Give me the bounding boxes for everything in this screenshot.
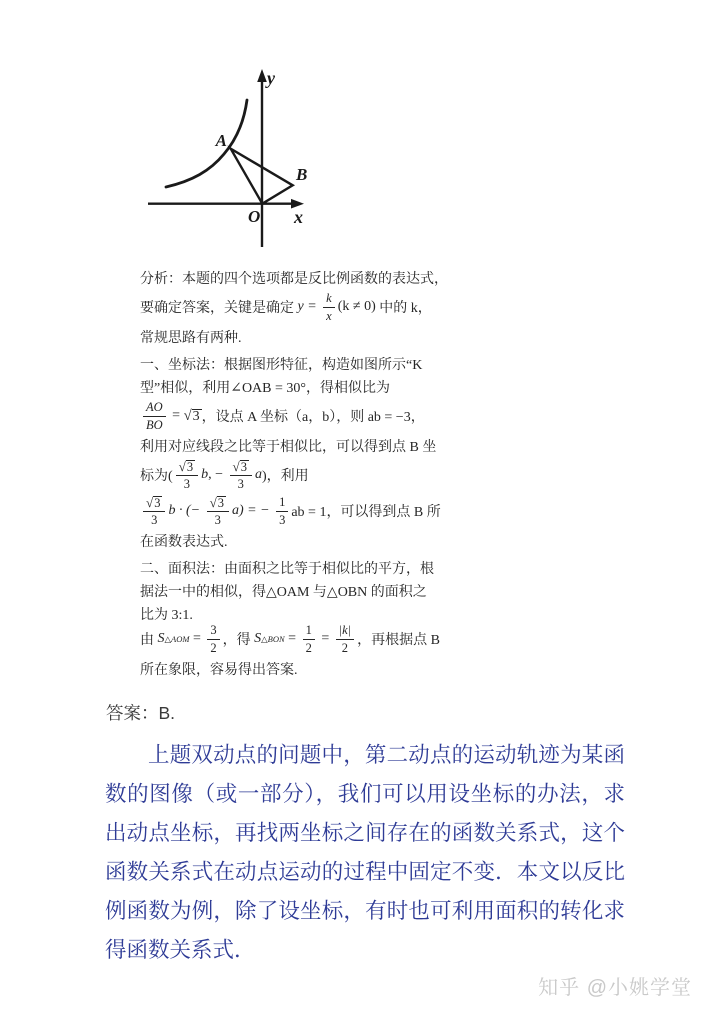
text-run: (k ≠ 0): [338, 299, 376, 315]
fraction-numerator: k: [323, 292, 335, 308]
area-formula-line-1: 由 S△AOM = 32，得 S△BON = 12 = |k|2，再根据点 B: [140, 621, 470, 657]
math-var: a: [255, 467, 262, 483]
method1-line-4: 利用对应线段之比等于相似比，可以得到点 B 坐: [140, 434, 470, 457]
radical-sign: √: [233, 460, 240, 473]
analysis-line-3: 常规思路有两种.: [140, 325, 470, 348]
fraction-numerator: √3: [176, 460, 198, 477]
hyperbola-curve: [166, 100, 247, 187]
area-formula-paragraph: 由 S△AOM = 32，得 S△BON = 12 = |k|2，再根据点 B …: [140, 621, 470, 680]
text-run: 二、面积法：由面积之比等于相似比的平方，根: [140, 558, 434, 578]
fraction-ao-over-bo: AOBO: [143, 401, 166, 431]
method1-line-2: 型”相似，利用∠OAB = 30°，得相似比为: [140, 375, 470, 398]
text-run: , −: [208, 467, 226, 483]
text-run: =: [169, 408, 184, 424]
fraction-denominator: 3: [238, 476, 244, 491]
fraction-denominator: 3: [151, 512, 157, 527]
subscript-bon: △BON: [261, 634, 285, 645]
text-run: 一、坐标法：根据图形特征，构造如图所示“K: [140, 354, 422, 374]
math-run: a) = −: [232, 503, 273, 519]
method2-line-1: 二、面积法：由面积之比等于相似比的平方，根: [140, 556, 470, 579]
fraction-k-over-x: kx: [323, 292, 335, 322]
math-var: S: [254, 631, 261, 647]
fraction-denominator: 3: [279, 512, 285, 527]
area-formula-line-2: 所在象限，容易得出答案.: [140, 657, 470, 680]
hyperbola-figure: y x O A B: [146, 62, 318, 254]
radical-sign: √: [146, 496, 153, 509]
text-run: )，利用: [262, 465, 309, 485]
fraction-denominator: 2: [210, 640, 216, 655]
text-run: 由: [140, 629, 158, 649]
fraction-numerator: √3: [143, 496, 165, 513]
text-run: ，得: [223, 629, 255, 649]
commentary-paragraph: 上题双动点的问题中，第二动点的运动轨迹为某函数的图像（或一部分），我们可以用设坐…: [105, 736, 625, 970]
fraction-numerator: 1: [276, 496, 288, 512]
text-run: 利用对应线段之比等于相似比，可以得到点 B 坐: [140, 436, 436, 456]
text-run: 标为(: [140, 465, 173, 485]
method1-line-3: AOBO = √3，设点 A 坐标（a，b），则 ab = −3，: [140, 398, 470, 434]
radical-sign: √: [184, 409, 192, 424]
text-run: 据法一中的相似，得△OAM 与△OBN 的面积之: [140, 581, 427, 601]
method2-paragraph: 二、面积法：由面积之比等于相似比的平方，根 据法一中的相似，得△OAM 与△OB…: [140, 556, 470, 625]
radical-sign: √: [210, 496, 217, 509]
label-x: x: [293, 207, 303, 227]
math-var: b: [201, 467, 208, 483]
fraction-numerator: 3: [207, 624, 219, 640]
text-run: =: [189, 631, 204, 647]
fraction-numerator: |k|: [336, 624, 354, 640]
radicand: 3: [217, 496, 226, 510]
radicand: 3: [153, 496, 162, 510]
y-axis-arrow-icon: [257, 69, 267, 82]
sqrt-3: √3: [146, 496, 162, 510]
sqrt-3: √3: [184, 409, 202, 424]
fraction-numerator: AO: [143, 401, 166, 417]
sqrt-3: √3: [210, 496, 226, 510]
text-run: =: [318, 631, 333, 647]
text-run: ，设点 A 坐标（a，b），则 ab = −3，: [202, 406, 425, 426]
method1-line-1: 一、坐标法：根据图形特征，构造如图所示“K: [140, 352, 470, 375]
text-run: ab = 1，可以得到点 B 所: [291, 501, 440, 521]
fraction-absk-over-2: |k|2: [336, 624, 354, 654]
fraction-denominator: 3: [215, 512, 221, 527]
analysis-line-1: 分析：本题的四个选项都是反比例函数的表达式，: [140, 266, 470, 289]
label-y: y: [265, 68, 276, 88]
fraction-sqrt3-over-3: √33: [143, 496, 165, 527]
text-run: 要确定答案，关键是确定: [140, 297, 298, 317]
fraction-numerator: √3: [207, 496, 229, 513]
fraction-sqrt3-over-3: √33: [176, 460, 198, 491]
answer-text: 答案：B.: [106, 700, 175, 725]
math-run: b · (−: [168, 503, 203, 519]
radicand: 3: [240, 460, 249, 474]
text-run: =: [285, 631, 300, 647]
fraction-numerator: 1: [303, 624, 315, 640]
fraction-1-over-3: 13: [276, 496, 288, 526]
sqrt-3: √3: [179, 460, 195, 474]
zhihu-watermark: 知乎 @小姚学堂: [538, 971, 692, 1000]
method1-line-6: √33b · (− √33a) = − 13ab = 1，可以得到点 B 所: [140, 493, 470, 529]
text-run: 所在象限，容易得出答案.: [140, 659, 298, 679]
radicand: 3: [192, 409, 202, 424]
fraction-denominator: 3: [184, 476, 190, 491]
method2-line-2: 据法一中的相似，得△OAM 与△OBN 的面积之: [140, 579, 470, 602]
fraction-1-over-2: 12: [303, 624, 315, 654]
fraction-denominator: 2: [306, 640, 312, 655]
method1-paragraph: 一、坐标法：根据图形特征，构造如图所示“K 型”相似，利用∠OAB = 30°，…: [140, 352, 470, 552]
radical-sign: √: [179, 460, 186, 473]
analysis-paragraph: 分析：本题的四个选项都是反比例函数的表达式， 要确定答案，关键是确定 y = k…: [140, 266, 470, 348]
math-var: y =: [298, 299, 321, 315]
fraction-sqrt3-over-3: √33: [207, 496, 229, 527]
sqrt-3: √3: [233, 460, 249, 474]
math-var: S: [158, 631, 165, 647]
method1-line-5: 标为(√33b, − √33a)，利用: [140, 457, 470, 493]
analysis-line-2: 要确定答案，关键是确定 y = kx(k ≠ 0) 中的 k，: [140, 289, 470, 325]
text-run: ，再根据点 B: [357, 629, 440, 649]
label-b: B: [295, 165, 307, 184]
fraction-numerator: √3: [230, 460, 252, 477]
text-run: 型”相似，利用∠OAB = 30°，得相似比为: [140, 377, 390, 397]
fraction-sqrt3-over-3: √33: [230, 460, 252, 491]
fraction-denominator: BO: [146, 417, 163, 432]
document-page: y x O A B 分析：本题的四个选项都是反比例函数的表达式， 要确定答案，关…: [0, 0, 720, 1019]
text-run: 在函数表达式.: [140, 531, 228, 551]
text-run: 中的 k，: [376, 297, 432, 317]
text-run: 常规思路有两种.: [140, 327, 242, 347]
fraction-denominator: 2: [342, 640, 348, 655]
fraction-denominator: x: [326, 308, 332, 323]
label-o: O: [248, 207, 260, 226]
label-a: A: [215, 131, 227, 150]
method1-line-7: 在函数表达式.: [140, 529, 470, 552]
text-run: 分析：本题的四个选项都是反比例函数的表达式，: [140, 268, 448, 288]
subscript-aom: △AOM: [165, 634, 190, 645]
fraction-3-over-2: 32: [207, 624, 219, 654]
radicand: 3: [186, 460, 195, 474]
